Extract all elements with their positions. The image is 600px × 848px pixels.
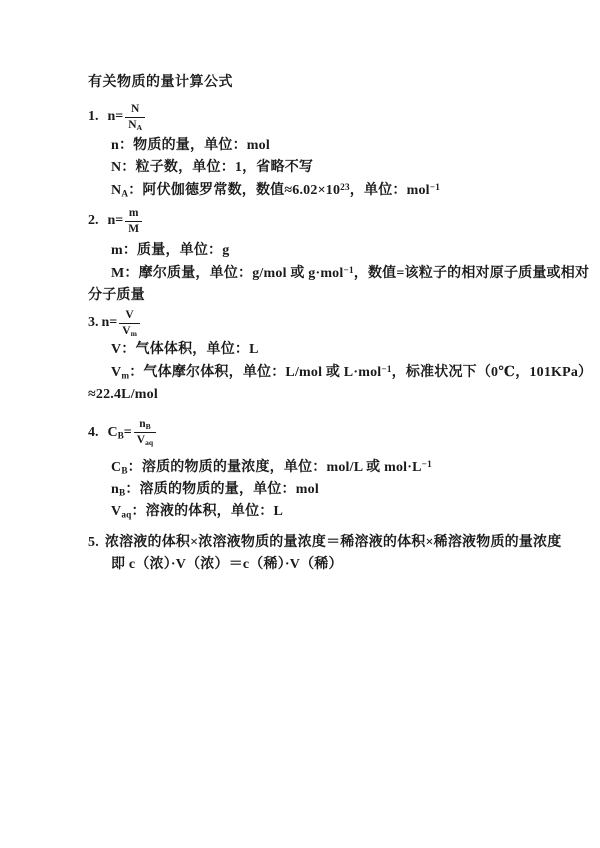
fraction-denominator: Vm [119,324,140,338]
definition-line: N：粒子数，单位：1，省略不写 [88,157,582,179]
fraction-denominator: M [125,222,142,236]
formula-lhs: n= [108,109,124,125]
definition-line: V：气体体积，单位：L [88,339,582,361]
formula-lhs: n= [102,315,118,331]
document-title: 有关物质的量计算公式 [88,72,582,94]
dilution-rule-text: 浓溶液的体积×浓溶液物质的量浓度＝稀溶液的体积×稀溶液物质的量浓度 [105,535,562,550]
formula-item-3: 3. n= V Vm V：气体体积，单位：L Vm：气体摩尔体积，单位：L/mo… [88,307,582,406]
fraction: nB Vaq [134,418,156,447]
definition-line: m：质量，单位：g [88,240,582,262]
definition-line: n：物质的量，单位：mol [88,135,582,157]
definition-line: Vaq：溶液的体积，单位：L [88,501,582,523]
formula-lhs: n= [108,213,124,229]
formula-lhs: CB= [108,425,132,441]
definition-line: CB：溶质的物质的量浓度，单位：mol/L 或 mol·L−1 [88,457,582,479]
fraction: N NA [125,103,145,132]
item-number: 5. [88,535,99,550]
fraction-denominator: NA [125,118,145,132]
fraction-numerator: nB [134,418,156,433]
item-number: 4. [88,425,99,441]
dilution-rule-line: 5.浓溶液的体积×浓溶液物质的量浓度＝稀溶液的体积×稀溶液物质的量浓度 [88,532,582,554]
fraction: V Vm [119,309,140,338]
formula-row-4: 4. CB= nB Vaq [88,417,582,449]
definition-line: nB：溶质的物质的量，单位：mol [88,479,582,501]
item-number: 2. [88,213,99,229]
definition-line: Vm：气体摩尔体积，单位：L/mol 或 L·mol−1，标准状况下（0℃，10… [88,362,582,384]
item-number: 1. [88,109,99,125]
document-page: 有关物质的量计算公式 1. n= N NA n：物质的量，单位：mol N：粒子… [0,0,600,848]
fraction-numerator: V [119,309,140,324]
formula-item-4: 4. CB= nB Vaq CB：溶质的物质的量浓度，单位：mol/L 或 mo… [88,417,582,524]
fraction-numerator: m [125,207,142,222]
fraction-denominator: Vaq [134,433,156,447]
formula-row-3: 3. n= V Vm [88,307,582,339]
formula-row-1: 1. n= N NA [88,101,582,133]
definition-line: NA：阿伏伽德罗常数，数值≈6.02×1023，单位：mol−1 [88,180,582,202]
fraction: m M [125,207,142,236]
definition-line: M：摩尔质量，单位：g/mol 或 g·mol−1，数值=该粒子的相对原子质量或… [88,263,582,285]
fraction-numerator: N [125,103,145,118]
formula-item-2: 2. n= m M m：质量，单位：g M：摩尔质量，单位：g/mol 或 g·… [88,205,582,307]
item-number: 3. [88,315,99,331]
definition-line-continuation: 分子质量 [88,285,582,307]
formula-item-5: 5.浓溶液的体积×浓溶液物质的量浓度＝稀溶液的体积×稀溶液物质的量浓度 即 c（… [88,532,582,577]
dilution-equation-line: 即 c（浓）·V（浓）＝c（稀）·V（稀） [88,554,582,576]
formula-row-2: 2. n= m M [88,205,582,237]
definition-line-continuation: ≈22.4L/mol [88,384,582,406]
formula-item-1: 1. n= N NA n：物质的量，单位：mol N：粒子数，单位：1，省略不写… [88,101,582,202]
